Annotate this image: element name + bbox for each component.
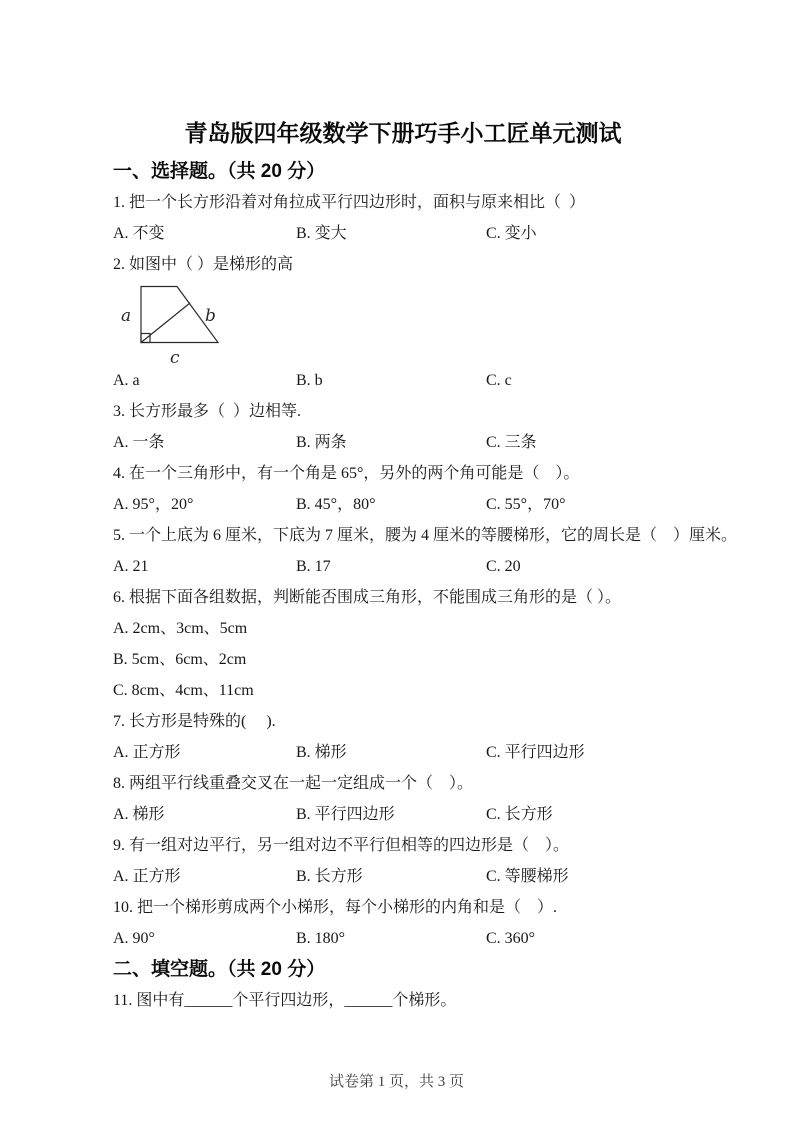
question-10-option-b: B. 180° [296,923,486,954]
question-10-option-a: A. 90° [113,923,296,954]
question-2-option-b: B. b [296,365,486,396]
question-1-option-c: C. 变小 [486,218,537,249]
question-8-options: A. 梯形 B. 平行四边形 C. 长方形 [113,799,693,830]
question-8-text: 8. 两组平行线重叠交叉在一起一定组成一个（ ）。 [113,768,693,799]
question-10-option-c: C. 360° [486,923,535,954]
question-3-text: 3. 长方形最多（ ）边相等. [113,396,693,427]
page-footer: 试卷第 1 页，共 3 页 [0,1072,793,1092]
question-2-options: A. a B. b C. c [113,365,693,396]
test-paper-page: 青岛版四年级数学下册巧手小工匠单元测试 一、选择题。（共 20 分） 1. 把一… [0,0,793,1122]
section-1-heading: 一、选择题。（共 20 分） [113,156,693,187]
page-title: 青岛版四年级数学下册巧手小工匠单元测试 [100,118,706,148]
question-3-options: A. 一条 B. 两条 C. 三条 [113,427,693,458]
question-9-text: 9. 有一组对边平行，另一组对边不平行但相等的四边形是（ ）。 [113,830,693,861]
question-8-option-a: A. 梯形 [113,799,296,830]
question-3-option-a: A. 一条 [113,427,296,458]
question-9-option-a: A. 正方形 [113,861,296,892]
question-1-option-b: B. 变大 [296,218,486,249]
question-10-options: A. 90° B. 180° C. 360° [113,923,693,954]
question-7-option-c: C. 平行四边形 [486,737,585,768]
question-4-option-a: A. 95°，20° [113,489,296,520]
page-content: 青岛版四年级数学下册巧手小工匠单元测试 一、选择题。（共 20 分） 1. 把一… [0,0,793,1016]
question-1-options: A. 不变 B. 变大 C. 变小 [113,218,693,249]
section-2-heading: 二、填空题。（共 20 分） [113,954,693,985]
question-2-trapezoid-figure: a b c [113,280,693,365]
question-7-text: 7. 长方形是特殊的( ). [113,706,693,737]
question-4-option-c: C. 55°，70° [486,489,565,520]
figure-label-a: a [121,306,131,326]
question-1-option-a: A. 不变 [113,218,296,249]
question-9-options: A. 正方形 B. 长方形 C. 等腰梯形 [113,861,693,892]
question-8-option-b: B. 平行四边形 [296,799,486,830]
question-4-text: 4. 在一个三角形中，有一个角是 65°，另外的两个角可能是（ ）。 [113,458,693,489]
question-4-options: A. 95°，20° B. 45°，80° C. 55°，70° [113,489,693,520]
question-5-text: 5. 一个上底为 6 厘米，下底为 7 厘米，腰为 4 厘米的等腰梯形，它的周长… [113,520,693,551]
question-3-option-b: B. 两条 [296,427,486,458]
question-7-option-a: A. 正方形 [113,737,296,768]
question-4-option-b: B. 45°，80° [296,489,486,520]
question-9-option-b: B. 长方形 [296,861,486,892]
question-2-text: 2. 如图中（ ）是梯形的高 [113,249,693,280]
question-8-option-c: C. 长方形 [486,799,553,830]
question-10-text: 10. 把一个梯形剪成两个小梯形，每个小梯形的内角和是（ ）. [113,892,693,923]
question-6-option-a: A. 2cm、3cm、5cm [113,613,693,644]
question-1-text: 1. 把一个长方形沿着对角拉成平行四边形时，面积与原来相比（ ） [113,187,693,218]
question-5-options: A. 21 B. 17 C. 20 [113,551,693,582]
figure-label-b: b [205,306,216,326]
question-7-options: A. 正方形 B. 梯形 C. 平行四边形 [113,737,693,768]
trapezoid-diagram: a b c [115,280,235,365]
question-5-option-c: C. 20 [486,551,521,582]
question-7-option-b: B. 梯形 [296,737,486,768]
question-2-option-c: C. c [486,365,512,396]
question-6-text: 6. 根据下面各组数据，判断能否围成三角形，不能围成三角形的是（ ）。 [113,582,693,613]
question-11-text: 11. 图中有______个平行四边形，______个梯形。 [113,985,693,1016]
question-6-option-c: C. 8cm、4cm、11cm [113,675,693,706]
question-5-option-b: B. 17 [296,551,486,582]
question-9-option-c: C. 等腰梯形 [486,861,569,892]
question-6-option-b: B. 5cm、6cm、2cm [113,644,693,675]
question-3-option-c: C. 三条 [486,427,537,458]
question-2-option-a: A. a [113,365,296,396]
question-5-option-a: A. 21 [113,551,296,582]
figure-label-c: c [170,348,180,365]
